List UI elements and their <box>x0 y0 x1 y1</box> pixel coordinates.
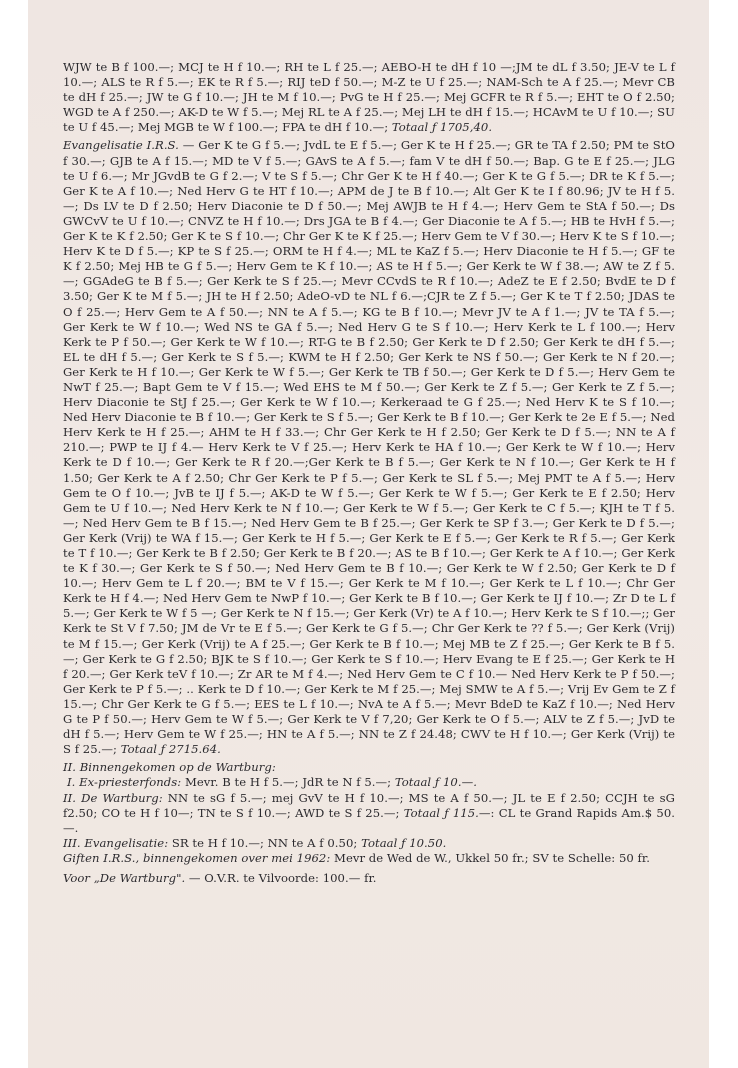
text-run: Mevr de Wed de W., Ukkel 50 fr.; SV te S… <box>330 851 650 865</box>
section-heading: Giften I.R.S., binnengekomen over mei 19… <box>63 851 330 865</box>
paragraph-ex-priesterfonds: I. Ex-priesterfonds: Mevr. B te H f 5.—;… <box>63 775 675 790</box>
text-run: SR te H f 10.—; NN te A f 0.50; <box>168 836 361 850</box>
paragraph-voor-de-wartburg: Voor „De Wartburg". — O.V.R. te Vilvoord… <box>63 871 675 886</box>
text-run: — O.V.R. te Vilvoorde: 100.— fr. <box>185 871 376 885</box>
paragraph-evangelisatie-irs: Evangelisatie I.R.S. — Ger K te G f 5.—;… <box>63 138 675 757</box>
section-heading: Voor „De Wartburg". <box>63 871 185 885</box>
paragraph-de-wartburg: II. De Wartburg: NN te sG f 5.—; mej GvV… <box>63 791 675 836</box>
total-amount: Totaal ƒ 10.50. <box>361 836 446 850</box>
total-amount: Totaal ƒ 1705,40. <box>392 120 492 134</box>
text-run: WJW te B f 100.—; MCJ te H f 10.—; RH te… <box>63 60 675 134</box>
paragraph-continuation: WJW te B f 100.—; MCJ te H f 10.—; RH te… <box>63 60 675 135</box>
text-run: — Ger K te G f 5.—; JvdL te E f 5.—; Ger… <box>63 138 675 756</box>
section-heading: II. Binnengekomen op de Wartburg: <box>63 760 276 774</box>
total-amount: Totaal ƒ 10.—. <box>395 775 477 789</box>
subsection-heading: II. De Wartburg: <box>63 791 163 805</box>
text-run: Mevr. B te H f 5.—; JdR te N f 5.—; <box>181 775 395 789</box>
paragraph-evangelisatie-iii: III. Evangelisatie: SR te H f 10.—; NN t… <box>63 836 675 851</box>
subsection-heading: I. Ex-priesterfonds: <box>67 775 181 789</box>
section-heading: Evangelisatie I.R.S. <box>63 138 179 152</box>
paragraph-giften-irs: Giften I.R.S., binnengekomen over mei 19… <box>63 851 675 866</box>
total-amount: Totaal ƒ 115.— <box>404 806 491 820</box>
heading-binnengekomen: II. Binnengekomen op de Wartburg: <box>63 760 675 775</box>
donation-list-text: WJW te B f 100.—; MCJ te H f 10.—; RH te… <box>63 60 675 886</box>
subsection-heading: III. Evangelisatie: <box>63 836 168 850</box>
total-amount: Totaal ƒ 2715.64. <box>121 742 221 756</box>
